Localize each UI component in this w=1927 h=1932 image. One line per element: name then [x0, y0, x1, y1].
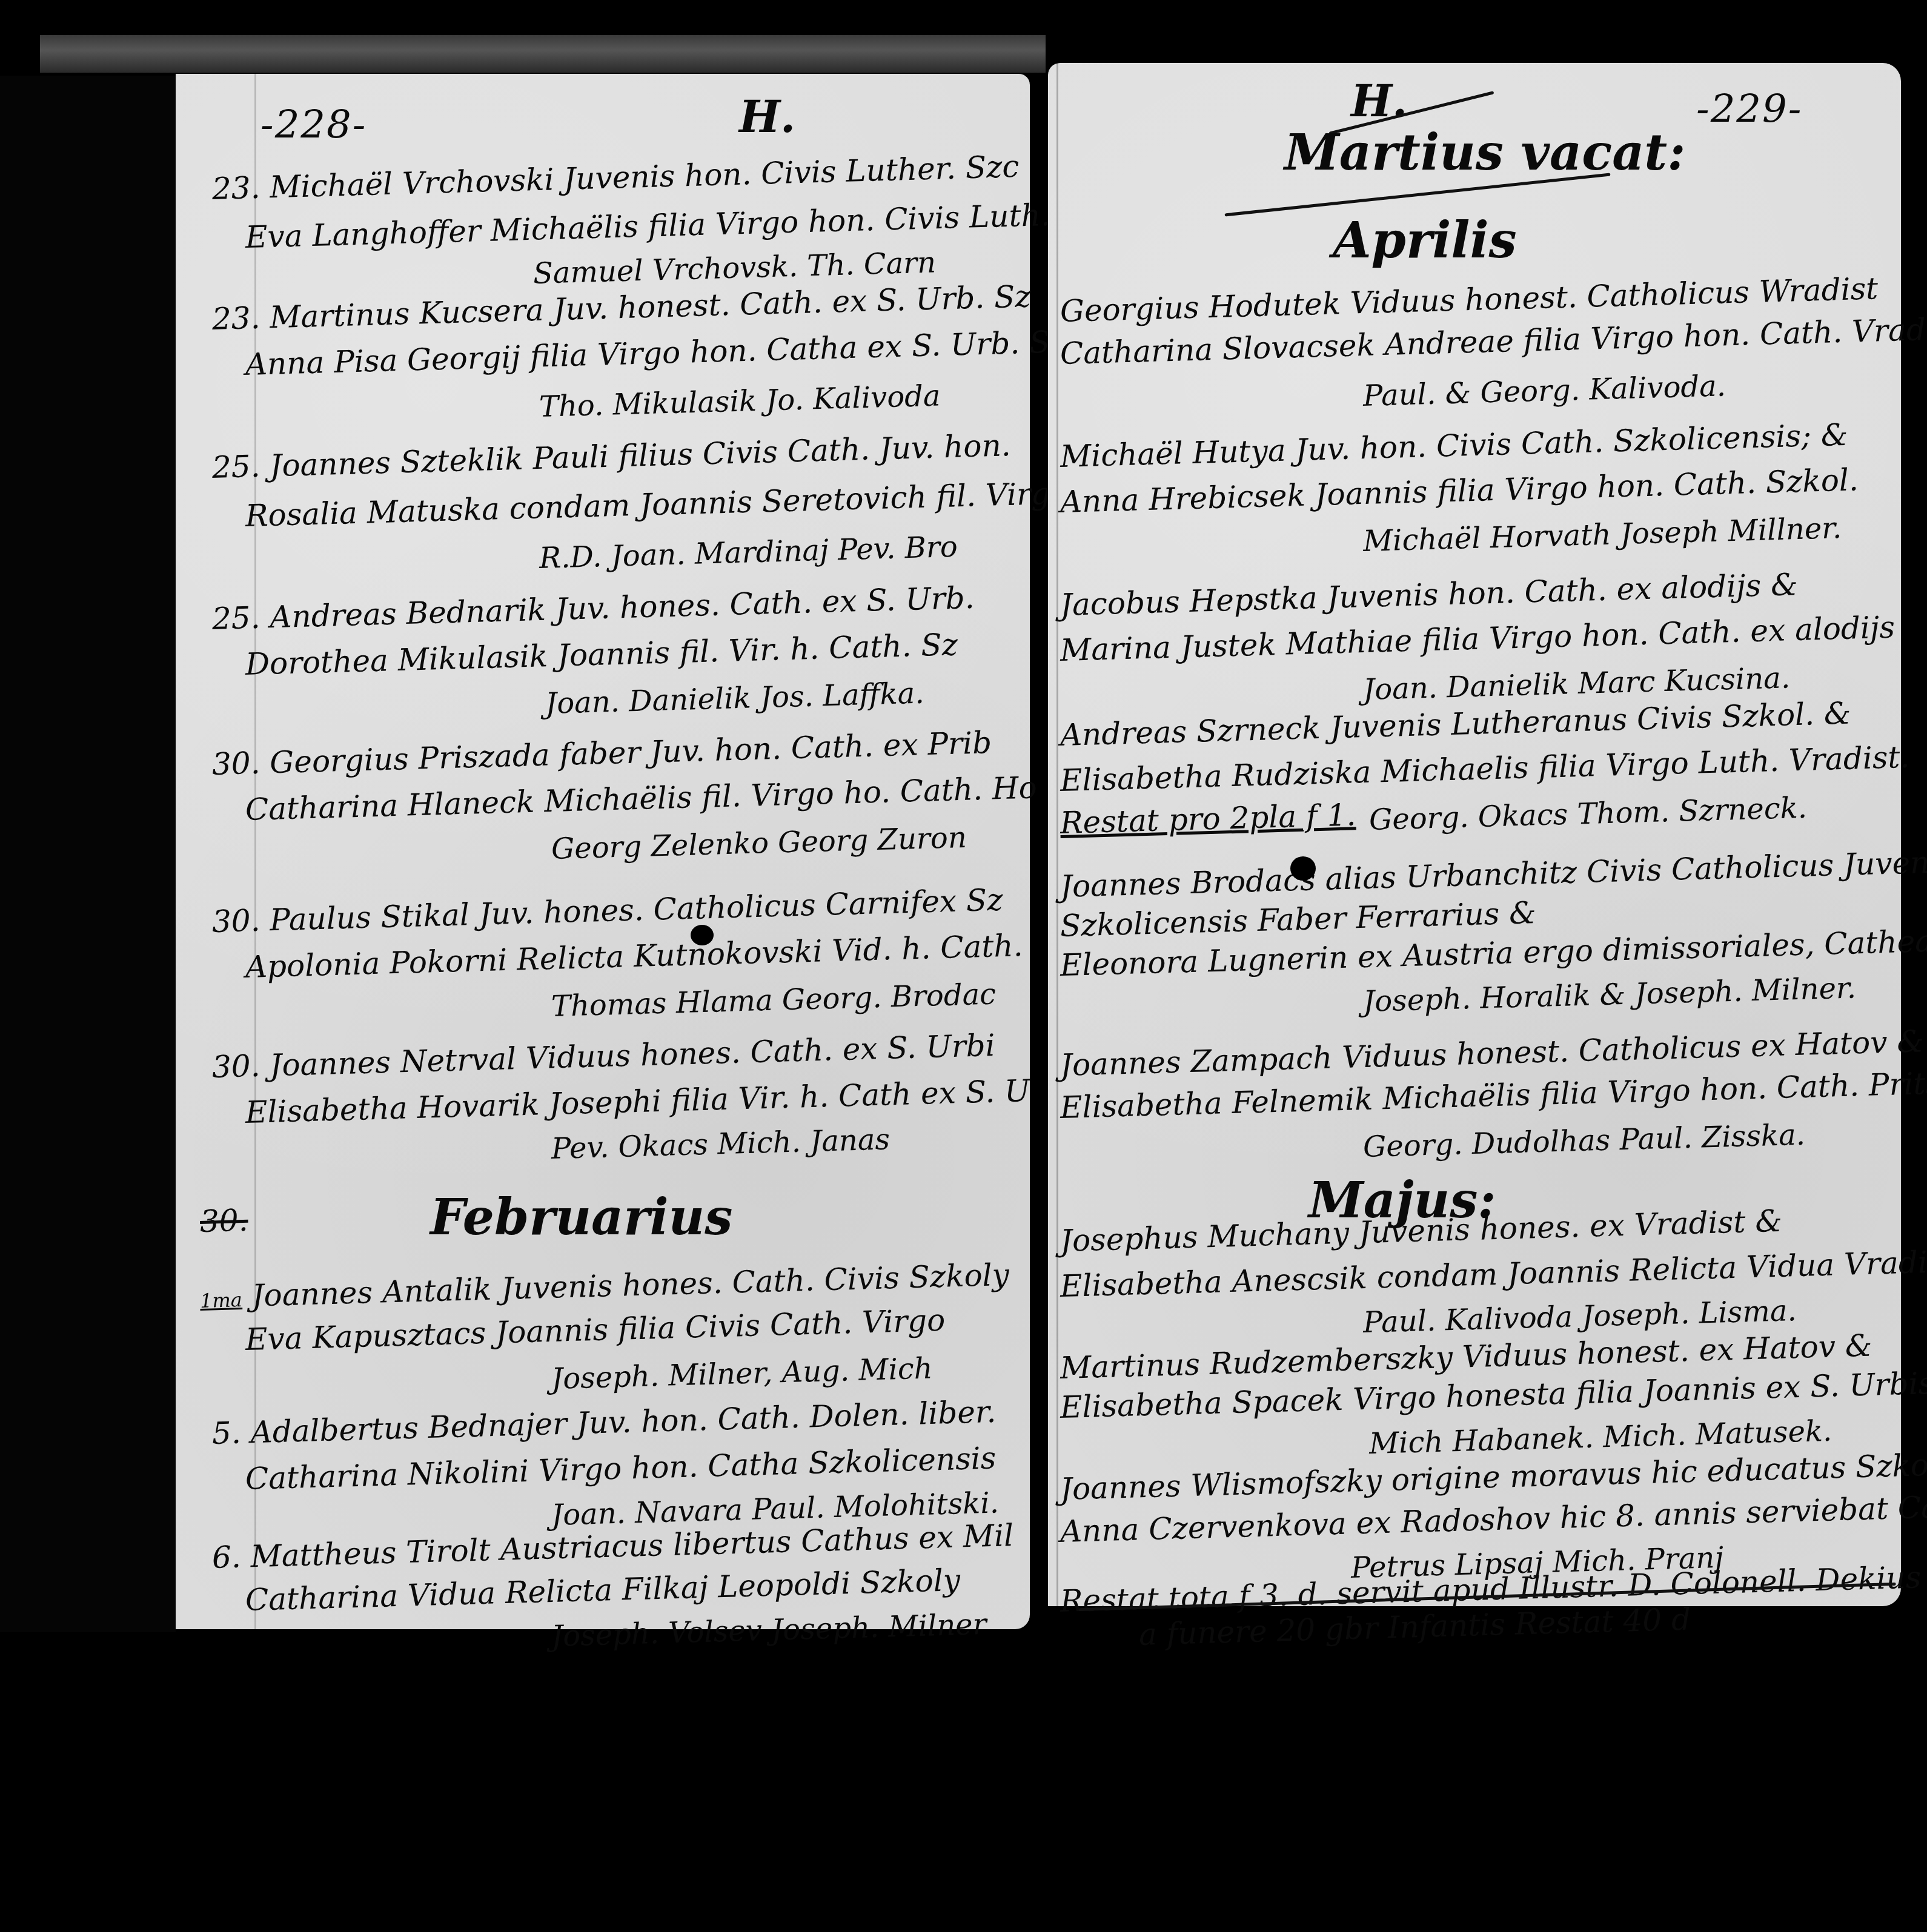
entry-witnesses: Joan. Danielik Jos. Laffka. — [545, 675, 924, 722]
entry-witnesses: Joseph. Milner, Aug. Mich — [551, 1350, 933, 1397]
entry-witnesses: Georg Zelenko Georg Zuron — [551, 819, 967, 867]
entry-witnesses: Thomas Hlama Georg. Brodac — [551, 976, 997, 1025]
margin-line — [1056, 63, 1058, 1606]
entry-witnesses: Joseph. Horalik & Joseph. Milner. — [1362, 970, 1856, 1020]
month-heading-february: Februarius — [430, 1188, 732, 1246]
left-page: -228- H. 23. Michaël Vrchovski Juvenis h… — [176, 74, 1030, 1629]
month-heading-april: Aprilis — [1333, 211, 1517, 270]
entry-witnesses: R.D. Joan. Mardinaj Pev. Bro — [539, 529, 958, 577]
entry-witnesses: Paul. & Georg. Kalivoda. — [1362, 368, 1726, 414]
entry-bride: Eva Langhoffer Michaëlis filia Virgo hon… — [245, 196, 1097, 256]
page-number: -229- — [1696, 87, 1802, 132]
entry-witnesses: Joseph. Volsev Joseph. Milner — [551, 1606, 987, 1655]
entry-witnesses: Tho. Mikulasik Jo. Kalivoda — [539, 378, 941, 425]
book-binding-spine — [0, 76, 176, 1632]
entry-witnesses: Georg. Okacs Thom. Szrneck. — [1368, 790, 1808, 838]
entry-bride: Apolonia Pokorni Relicta Kutnokovski Vid… — [245, 927, 1023, 985]
entry-witnesses: Michaël Horvath Joseph Millner. — [1362, 510, 1842, 560]
martius-vacat-note: Martius vacat: — [1284, 124, 1685, 182]
entry-witnesses: Georg. Dudolhas Paul. Zisska. — [1362, 1117, 1806, 1165]
fee-note: Restat pro 2pla f 1. — [1060, 796, 1356, 841]
ink-blot — [691, 925, 714, 945]
entry-groom: 23. Michaël Vrchovski Juvenis hon. Civis… — [211, 148, 1020, 207]
entry-bride: Rosalia Matuska condam Joannis Seretovic… — [245, 475, 1060, 534]
page-number: -228- — [260, 103, 366, 148]
right-page: H. -229- Martius vacat: Aprilis Georgius… — [1048, 63, 1901, 1606]
ink-blot — [1290, 856, 1316, 881]
struck-number: 30. — [199, 1202, 248, 1240]
entry-bride: Dorothea Mikulasik Joannis fil. Vir. h. … — [245, 626, 958, 683]
entry-bride: Elisabetha Hovarik Josephi filia Vir. h.… — [245, 1073, 1030, 1131]
entry-witnesses: Pev. Okacs Mich. Janas — [551, 1121, 891, 1167]
entry-groom: 25. Joannes Szteklik Pauli filius Civis … — [211, 427, 1011, 486]
book-binding-top — [40, 35, 1046, 73]
header-mark: H. — [739, 91, 795, 142]
